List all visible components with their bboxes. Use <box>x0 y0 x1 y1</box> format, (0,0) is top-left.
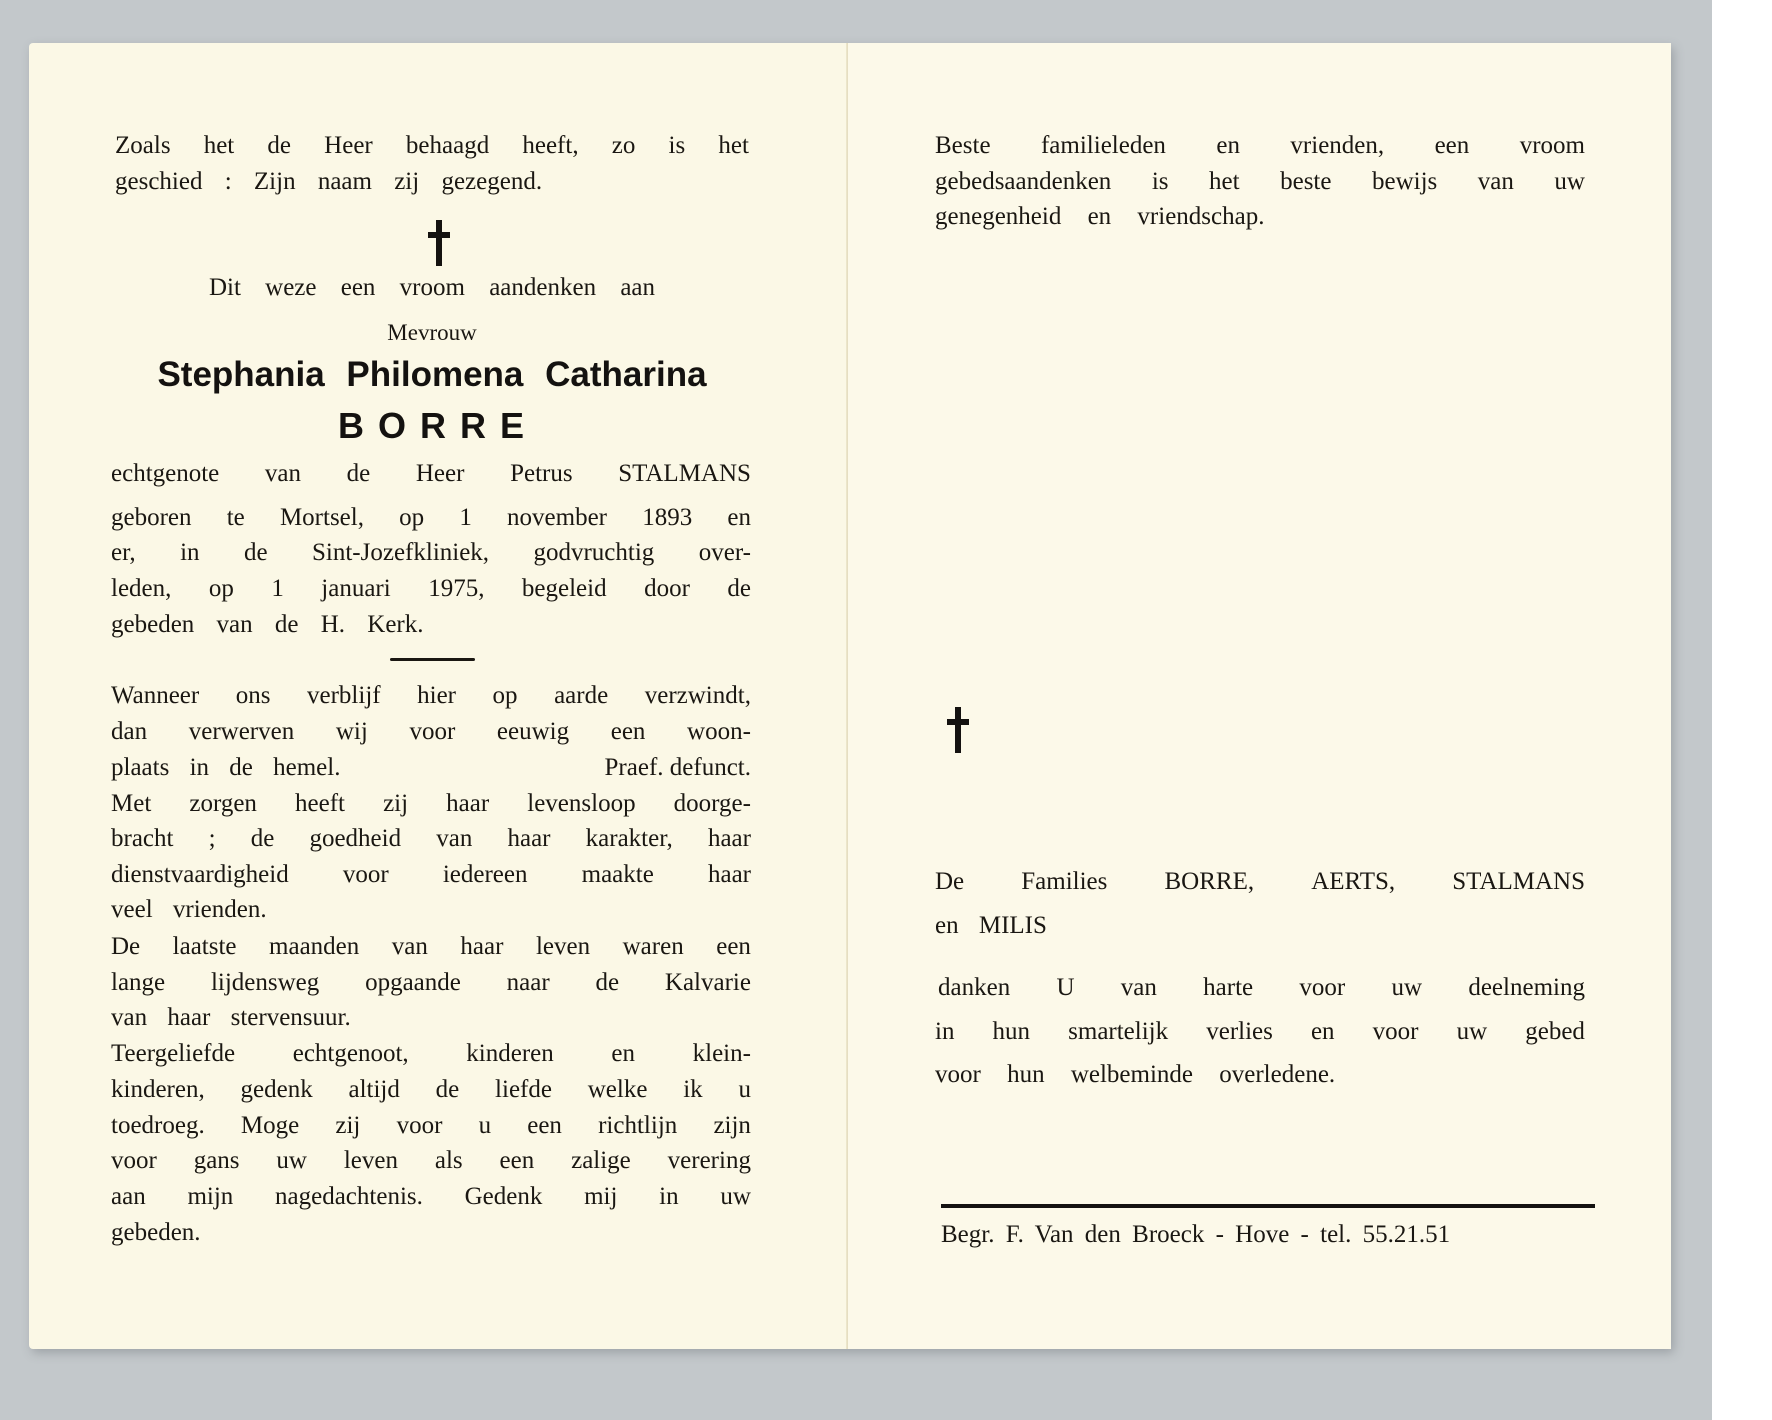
verse-line-10: van haar stervensuur. <box>111 1003 351 1033</box>
word: voor <box>1373 1017 1419 1047</box>
word: de <box>436 1075 460 1105</box>
surname: B O R R E <box>109 405 755 447</box>
word: altijd <box>348 1075 399 1105</box>
word: Families <box>1021 867 1107 897</box>
word: op <box>493 681 518 711</box>
cross-icon <box>947 707 969 753</box>
section-divider <box>390 658 475 661</box>
word: in <box>659 1182 678 1212</box>
word: kinderen <box>466 1039 553 1069</box>
bio-line-5: gebeden van de H. Kerk. <box>111 610 424 640</box>
intro-text: Dit weze een vroom aandenken aan <box>115 273 749 303</box>
word: als <box>435 1146 463 1176</box>
word: maanden <box>269 932 359 962</box>
word: in <box>935 1017 954 1047</box>
thanks-line-2: inhunsmartelijkverliesenvooruwgebed <box>935 1017 1585 1047</box>
word: is <box>1152 167 1169 197</box>
word: voor <box>343 860 389 890</box>
word: opgaande <box>365 968 461 998</box>
opening-line-2: geschied : Zijn naam zij gezegend. <box>115 167 749 197</box>
word: waren <box>623 932 684 962</box>
word: er, <box>111 538 136 568</box>
verse-line-8: Delaatstemaandenvanhaarlevenwareneen <box>111 932 751 962</box>
word: Moge <box>241 1111 299 1141</box>
word: maakte <box>582 860 654 890</box>
word: liefde <box>495 1075 552 1105</box>
printer-rule <box>941 1204 1595 1208</box>
word: zalige <box>571 1146 631 1176</box>
word: op <box>209 574 234 604</box>
bio-line-3: er,indeSint-Jozefkliniek,godvruchtigover… <box>111 538 751 568</box>
word: leden, <box>111 574 171 604</box>
word: uw <box>276 1146 307 1176</box>
word: toedroeg. <box>111 1111 205 1141</box>
word: ; <box>209 824 216 854</box>
word: De <box>111 932 140 962</box>
word: te <box>227 503 245 533</box>
word: gebedsaandenken <box>935 167 1111 197</box>
verse-line-1: Wanneeronsverblijfhieropaardeverzwindt, <box>111 681 751 711</box>
verse-line-4: Metzorgenheeftzijhaarlevensloopdoorge- <box>111 789 751 819</box>
families-line-2: en MILIS <box>935 911 1047 941</box>
word: mijn <box>187 1182 233 1212</box>
word: de <box>347 459 371 489</box>
word: zorgen <box>189 789 257 819</box>
word: haar <box>507 824 550 854</box>
word: Sint-Jozefkliniek, <box>312 538 489 568</box>
bio-line-1: echtgenotevandeHeerPetrusSTALMANS <box>111 459 751 489</box>
word: Kalvarie <box>665 968 751 998</box>
word: Beste <box>935 131 991 161</box>
word: zo <box>612 131 636 161</box>
right-opening-line-3: genegenheid en vriendschap. <box>935 202 1264 232</box>
word: geboren <box>111 503 192 533</box>
word: uw <box>1457 1017 1488 1047</box>
word: en <box>1311 1017 1335 1047</box>
verse-line-15: aanmijnnagedachtenis.Gedenkmijinuw <box>111 1182 751 1212</box>
verse-line-14: voorgansuwlevenalseenzaligeverering <box>111 1146 751 1176</box>
given-names: Stephania Philomena Catharina <box>109 355 755 395</box>
word: mij <box>584 1182 617 1212</box>
word: dienstvaardigheid <box>111 860 289 890</box>
word: Petrus <box>510 459 573 489</box>
word: aan <box>111 1182 146 1212</box>
left-page: ZoalshetdeHeerbehaagdheeft,zoishet gesch… <box>29 43 848 1349</box>
word: karakter, <box>586 824 673 854</box>
word: haar <box>708 824 751 854</box>
verse-line-13: toedroeg.Mogezijvoorueenrichtlijnzijn <box>111 1111 751 1141</box>
word: over- <box>699 538 751 568</box>
word: Gedenk <box>465 1182 543 1212</box>
word: van <box>436 824 472 854</box>
word: de <box>251 824 275 854</box>
word: haar <box>708 860 751 890</box>
word: zij <box>383 789 408 819</box>
word: klein- <box>693 1039 751 1069</box>
word: haar <box>460 932 503 962</box>
word: smartelijk <box>1068 1017 1168 1047</box>
word: heeft, <box>522 131 578 161</box>
word: uw <box>720 1182 751 1212</box>
word: een <box>527 1111 562 1141</box>
word: danken <box>938 973 1010 1003</box>
right-opening-line-2: gebedsaandenkenishetbestebewijsvanuw <box>935 167 1585 197</box>
word: in <box>180 538 199 568</box>
word: STALMANS <box>618 459 751 489</box>
word: heeft <box>295 789 345 819</box>
word: De <box>935 867 964 897</box>
word: een <box>611 717 646 747</box>
word: lijdensweg <box>211 968 319 998</box>
word: gans <box>194 1146 240 1176</box>
word: doorge- <box>674 789 751 819</box>
bio-line-4: leden,op1januari1975,begeleiddoorde <box>111 574 751 604</box>
word: laatste <box>173 932 237 962</box>
word: goedheid <box>309 824 401 854</box>
word: ons <box>236 681 271 711</box>
word: AERTS, <box>1311 867 1395 897</box>
word: van <box>1121 973 1157 1003</box>
word: van <box>265 459 301 489</box>
verse-line-9: langelijdenswegopgaandenaardeKalvarie <box>111 968 751 998</box>
verse-line-16: gebeden. <box>111 1218 201 1248</box>
word: 1 <box>271 574 284 604</box>
word: Wanneer <box>111 681 199 711</box>
word: januari <box>321 574 390 604</box>
word: en <box>611 1039 635 1069</box>
word: door <box>644 574 690 604</box>
word: november <box>507 503 607 533</box>
word: u <box>479 1111 492 1141</box>
cross-icon <box>428 220 450 266</box>
word: u <box>738 1075 751 1105</box>
word: zijn <box>713 1111 751 1141</box>
word: gebed <box>1525 1017 1585 1047</box>
word: lange <box>111 968 165 998</box>
word: uw <box>1392 973 1423 1003</box>
word: 1975, <box>428 574 484 604</box>
word: van <box>392 932 428 962</box>
word: vrienden, <box>1290 131 1384 161</box>
word: Met <box>111 789 151 819</box>
word: echtgenoot, <box>293 1039 409 1069</box>
bio-line-2: geborenteMortsel,op1november1893en <box>111 503 751 533</box>
word: gedenk <box>241 1075 313 1105</box>
thanks-line-1: dankenUvanhartevooruwdeelneming <box>938 973 1585 1003</box>
printer-credit: Begr. F. Van den Broeck - Hove - tel. 55… <box>941 1220 1450 1250</box>
word: naar <box>507 968 550 998</box>
word: op <box>399 503 424 533</box>
title-text: Mevrouw <box>115 318 749 348</box>
word: en <box>727 503 751 533</box>
word: Mortsel, <box>280 503 364 533</box>
word: beste <box>1280 167 1331 197</box>
word: een <box>500 1146 535 1176</box>
word: deelneming <box>1468 973 1585 1003</box>
word: is <box>669 131 686 161</box>
word: een <box>1435 131 1470 161</box>
word: verwerven <box>189 717 295 747</box>
word: verering <box>668 1146 751 1176</box>
word: voor <box>397 1111 443 1141</box>
word: de <box>727 574 751 604</box>
word: wij <box>336 717 368 747</box>
word: U <box>1056 973 1074 1003</box>
word: het <box>1209 167 1240 197</box>
verse-source: Praef. defunct. <box>605 753 751 783</box>
word: Heer <box>324 131 373 161</box>
verse-line-6: dienstvaardigheidvooriedereenmaaktehaar <box>111 860 751 890</box>
word: aarde <box>554 681 608 711</box>
word: Teergeliefde <box>111 1039 235 1069</box>
verse-line-3: plaats in de hemel. Praef. defunct. <box>111 753 751 783</box>
memorial-card: ZoalshetdeHeerbehaagdheeft,zoishet gesch… <box>29 43 1671 1349</box>
word: Heer <box>416 459 465 489</box>
verse-line-7: veel vrienden. <box>111 895 267 925</box>
word: leven <box>536 932 590 962</box>
word: STALMANS <box>1452 867 1585 897</box>
verse-line-2: danverwervenwijvooreeuwigeenwoon- <box>111 717 751 747</box>
opening-line-1: ZoalshetdeHeerbehaagdheeft,zoishet <box>115 131 749 161</box>
word: voor <box>409 717 455 747</box>
word: hun <box>993 1017 1031 1047</box>
word: de <box>267 131 291 161</box>
verse-line-5: bracht;degoedheidvanhaarkarakter,haar <box>111 824 751 854</box>
word: het <box>204 131 235 161</box>
word: woon- <box>687 717 751 747</box>
word: de <box>244 538 268 568</box>
word: haar <box>446 789 489 819</box>
word: iedereen <box>443 860 528 890</box>
word: hier <box>417 681 456 711</box>
word: BORRE, <box>1164 867 1254 897</box>
word: 1 <box>459 503 472 533</box>
word: behaagd <box>406 131 489 161</box>
word: dan <box>111 717 147 747</box>
word: verlies <box>1206 1017 1273 1047</box>
word: vroom <box>1520 131 1585 161</box>
verse-line-11: Teergeliefdeechtgenoot,kinderenenklein- <box>111 1039 751 1069</box>
word: voor <box>1299 973 1345 1003</box>
word: een <box>716 932 751 962</box>
word: ik <box>683 1075 702 1105</box>
word: bracht <box>111 824 173 854</box>
thanks-line-3: voor hun welbeminde overledene. <box>935 1060 1335 1090</box>
word: begeleid <box>522 574 607 604</box>
word: leven <box>344 1146 398 1176</box>
word: verblijf <box>307 681 381 711</box>
word: echtgenote <box>111 459 219 489</box>
word: 1893 <box>642 503 692 533</box>
right-page: Bestefamilieledenenvrienden,eenvroom geb… <box>848 43 1671 1349</box>
right-opening-line-1: Bestefamilieledenenvrienden,eenvroom <box>935 131 1585 161</box>
word: zij <box>335 1111 360 1141</box>
word: de <box>595 968 619 998</box>
word: bewijs <box>1372 167 1437 197</box>
word: harte <box>1203 973 1253 1003</box>
word: levensloop <box>527 789 635 819</box>
word: het <box>718 131 749 161</box>
families-line-1: DeFamiliesBORRE,AERTS,STALMANS <box>935 867 1585 897</box>
word: van <box>1478 167 1514 197</box>
verse-line-12: kinderen,gedenkaltijddeliefdewelkeiku <box>111 1075 751 1105</box>
word: en <box>1216 131 1240 161</box>
word: uw <box>1554 167 1585 197</box>
word: eeuwig <box>497 717 569 747</box>
word: voor <box>111 1146 157 1176</box>
word: richtlijn <box>598 1111 677 1141</box>
word: godvruchtig <box>533 538 654 568</box>
word: familieleden <box>1041 131 1166 161</box>
word: Zoals <box>115 131 171 161</box>
word: welke <box>588 1075 648 1105</box>
word: verzwindt, <box>645 681 751 711</box>
word: kinderen, <box>111 1075 205 1105</box>
word: nagedachtenis. <box>275 1182 423 1212</box>
